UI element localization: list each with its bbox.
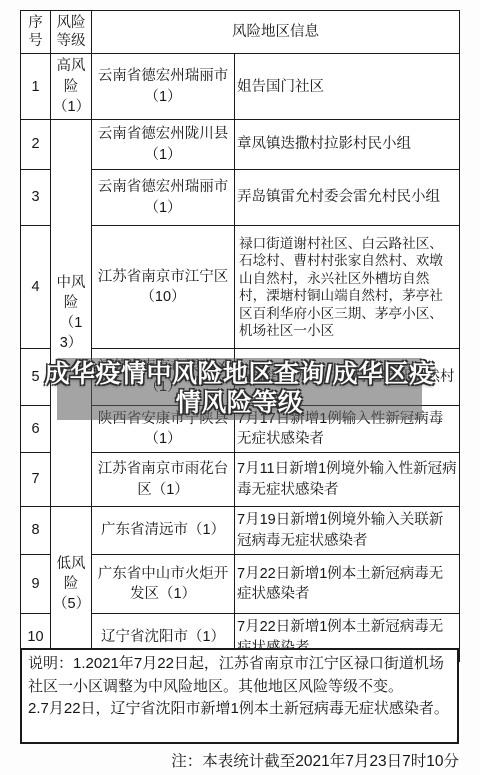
- cell-info: 7月17日新增1例输入性新冠病毒无症状感染者: [235, 406, 460, 453]
- cell-serial: 4: [21, 226, 51, 349]
- header-risk-level-line1: 风险: [52, 14, 90, 32]
- cell-serial: 3: [21, 170, 51, 226]
- table-row: 2 中风险（13） 云南省德宏州陇川县（1） 章凤镇迭撒村拉影村民小组: [21, 120, 460, 170]
- cell-info: 7月11日新增1例境外输入性新冠病毒无症状感染者: [235, 453, 460, 507]
- cell-region: 云南省德宏州瑞丽市（1）: [92, 170, 235, 226]
- cell-serial: 5: [21, 349, 51, 406]
- cell-region: 云南省德宏州瑞丽市（1）: [92, 54, 235, 120]
- cell-info: 石湫街道九塘行政村毛家圩自然村: [235, 349, 460, 406]
- cell-serial: 6: [21, 406, 51, 453]
- cell-region: 陕西省安康市宁陕县（1）: [92, 406, 235, 453]
- stat-cutoff-note: 注：本表统计截至2021年7月23日7时10分: [171, 752, 459, 772]
- risk-area-page: 序 号 风险 等级 风险地区信息 1 高风险（1） 云南省德宏州瑞丽市（1） 姐…: [0, 0, 480, 775]
- header-serial-no-line1: 序: [22, 14, 49, 32]
- header-risk-area-info: 风险地区信息: [92, 11, 460, 54]
- cell-info: 7月19日新增1例境外输入关联新冠病毒无症状感染者: [235, 507, 460, 555]
- notes-box: 说明：1.2021年7月22日起，江苏省南京市江宁区禄口街道机场社区一小区调整为…: [20, 648, 459, 744]
- header-risk-level: 风险 等级: [51, 11, 92, 54]
- cell-info: 姐告国门社区: [235, 54, 460, 120]
- table-header-row: 序 号 风险 等级 风险地区信息: [21, 11, 460, 54]
- note-item-2: 2.7月22日，辽宁省沈阳市新增1例本土新冠病毒无症状感染者。: [28, 698, 451, 721]
- table-row: 1 高风险（1） 云南省德宏州瑞丽市（1） 姐告国门社区: [21, 54, 460, 120]
- risk-area-table: 序 号 风险 等级 风险地区信息 1 高风险（1） 云南省德宏州瑞丽市（1） 姐…: [20, 10, 460, 662]
- cell-level-high: 高风险（1）: [51, 54, 92, 120]
- cell-serial: 1: [21, 54, 51, 120]
- header-serial-no: 序 号: [21, 11, 51, 54]
- cell-level-mid: 中风险（13）: [51, 120, 92, 507]
- cell-serial: 8: [21, 507, 51, 555]
- cell-region: 广东省清远市（1）: [92, 507, 235, 555]
- cell-info: 禄口街道谢村社区、白云路社区、石埝村、曹村村张家自然村、欢墩山自然村，永兴社区外…: [235, 226, 460, 349]
- cell-region: 江苏省南京市溧水区（1）: [92, 349, 235, 406]
- header-serial-no-line2: 号: [22, 32, 49, 50]
- cell-region: 江苏省南京市雨花台区（1）: [92, 453, 235, 507]
- cell-serial: 2: [21, 120, 51, 170]
- cell-info: 7月22日新增1例本土新冠病毒无症状感染者: [235, 555, 460, 614]
- table-row: 8 低风险（5） 广东省清远市（1） 7月19日新增1例境外输入关联新冠病毒无症…: [21, 507, 460, 555]
- note-item-1: 说明：1.2021年7月22日起，江苏省南京市江宁区禄口街道机场社区一小区调整为…: [28, 653, 451, 698]
- cell-region: 江苏省南京市江宁区（10）: [92, 226, 235, 349]
- cell-level-low: 低风险（5）: [51, 507, 92, 662]
- cell-info: 弄岛镇雷允村委会雷允村民小组: [235, 170, 460, 226]
- cell-region: 广东省中山市火炬开发区（1）: [92, 555, 235, 614]
- cell-serial: 9: [21, 555, 51, 614]
- cell-info: 章凤镇迭撒村拉影村民小组: [235, 120, 460, 170]
- header-risk-level-line2: 等级: [52, 32, 90, 50]
- cell-serial: 7: [21, 453, 51, 507]
- cell-region: 云南省德宏州陇川县（1）: [92, 120, 235, 170]
